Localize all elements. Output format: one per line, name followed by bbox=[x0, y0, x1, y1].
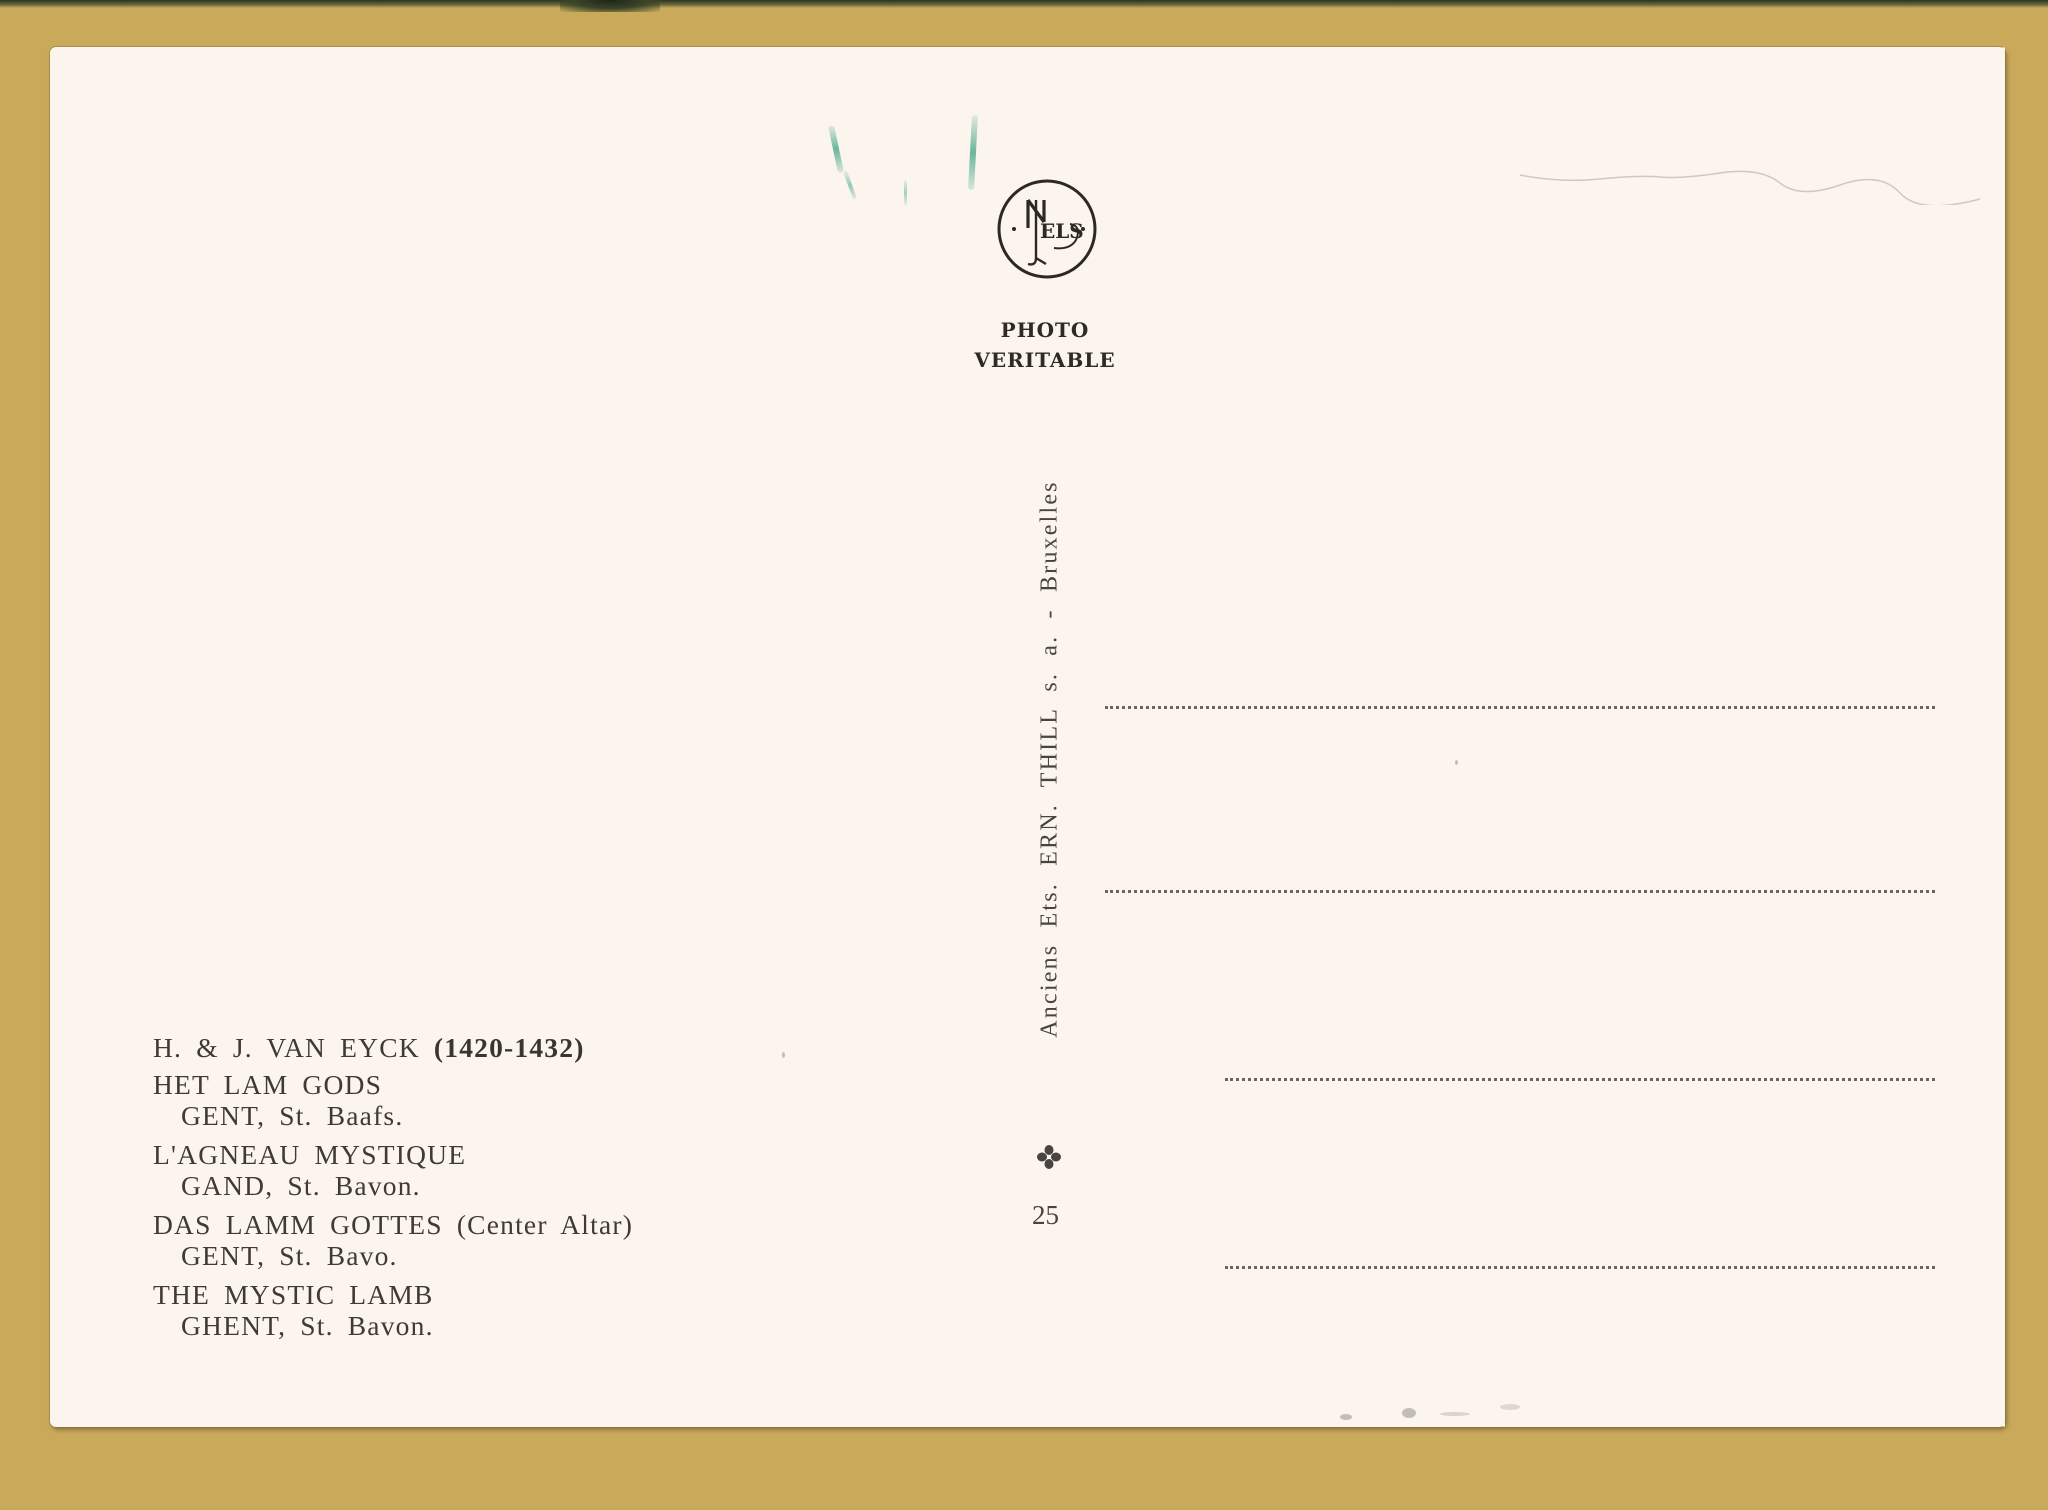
four-petal-fleuron-icon bbox=[1035, 1143, 1063, 1171]
deckle-edge-bottom bbox=[50, 1423, 2005, 1431]
top-dark-blot bbox=[560, 0, 660, 12]
veritable-label: VERITABLE bbox=[940, 348, 1150, 372]
bottom-edge-smudge bbox=[1500, 1404, 1520, 1410]
address-line-1 bbox=[1105, 706, 1935, 709]
caption-artist-line: H. & J. VAN EYCK (1420-1432) bbox=[153, 1034, 585, 1062]
caption-title-english: THE MYSTIC LAMB bbox=[153, 1281, 434, 1309]
address-line-2 bbox=[1105, 890, 1935, 893]
publisher-imprint: Anciens Ets. ERN. THILL s. a. - Bruxelle… bbox=[1037, 480, 1064, 1037]
caption-title-german: DAS LAMM GOTTES bbox=[153, 1209, 443, 1240]
caption-note-german: (Center Altar) bbox=[457, 1209, 633, 1240]
green-ink-mark bbox=[904, 180, 907, 205]
address-line-4 bbox=[1225, 1266, 1935, 1269]
caption-artist: H. & J. VAN EYCK bbox=[153, 1032, 420, 1063]
deckle-edge-left bbox=[46, 47, 54, 1427]
caption-location-dutch: GENT, St. Baafs. bbox=[181, 1102, 403, 1130]
bottom-edge-smudge bbox=[1340, 1414, 1352, 1420]
address-line-3 bbox=[1225, 1078, 1935, 1081]
deckle-edge-right bbox=[2001, 47, 2009, 1427]
bottom-edge-smudge bbox=[1402, 1408, 1416, 1418]
deckle-edge-top bbox=[50, 43, 2005, 51]
card-number: 25 bbox=[1032, 1200, 1059, 1231]
caption-title-german-line: DAS LAMM GOTTES (Center Altar) bbox=[153, 1211, 633, 1239]
caption-title-dutch: HET LAM GODS bbox=[153, 1071, 382, 1099]
bottom-edge-smudge bbox=[1440, 1412, 1470, 1416]
photo-label: PHOTO bbox=[940, 318, 1150, 342]
nels-circular-monogram-logo: ELS bbox=[996, 178, 1098, 280]
caption-title-french: L'AGNEAU MYSTIQUE bbox=[153, 1141, 466, 1169]
stray-mark bbox=[1455, 760, 1458, 765]
stray-mark bbox=[782, 1052, 785, 1058]
paper-crease bbox=[1500, 165, 2000, 205]
caption-location-french: GAND, St. Bavon. bbox=[181, 1172, 421, 1200]
caption-location-english: GHENT, St. Bavon. bbox=[181, 1312, 434, 1340]
top-dark-edge-strip bbox=[0, 0, 2048, 8]
caption-dates: (1420-1432) bbox=[434, 1032, 585, 1063]
caption-location-german: GENT, St. Bavo. bbox=[181, 1242, 398, 1270]
